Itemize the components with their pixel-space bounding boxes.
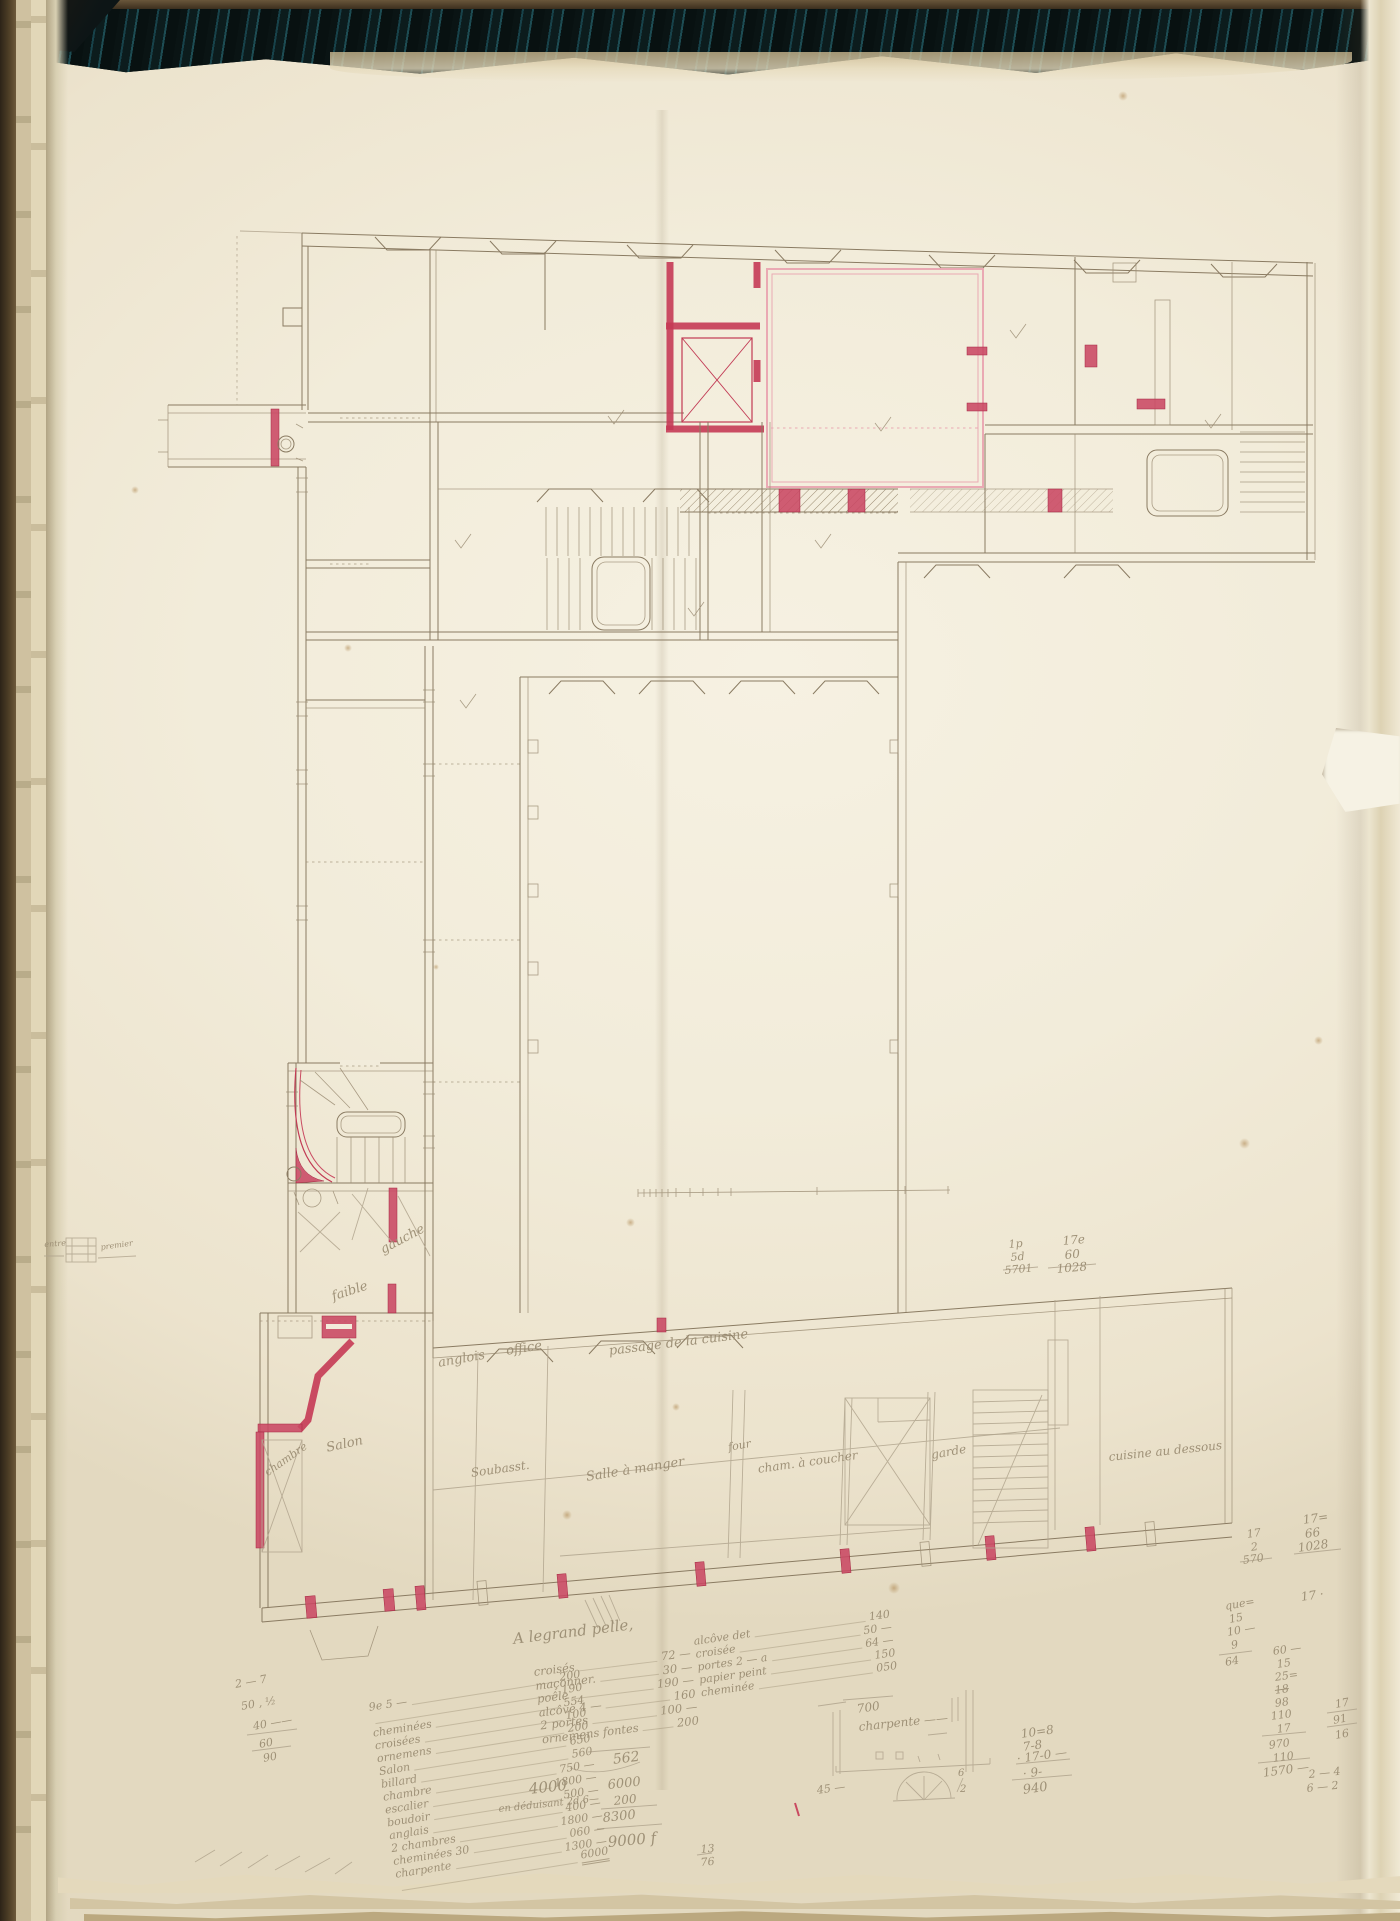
- sum-lines: [195, 1264, 1357, 1874]
- figure: 91: [1332, 1712, 1348, 1727]
- basement-wing: [433, 1288, 1232, 1600]
- fanlight-sketch: [893, 1772, 963, 1801]
- figure: 17: [1246, 1526, 1262, 1541]
- scale-bar: [638, 1186, 950, 1197]
- service-staircase: [287, 1063, 405, 1183]
- scanned-album-page: anglois office passage de la cuisine Sou…: [0, 0, 1400, 1921]
- door-swing-marks: [455, 324, 1221, 708]
- pink-outlined-room: [767, 269, 987, 487]
- figure: 76: [700, 1855, 715, 1869]
- hatched-party-wall: [680, 489, 1113, 512]
- center-list-total: 562: [612, 1749, 640, 1768]
- figure: 90: [262, 1750, 278, 1765]
- left-bay: [158, 236, 306, 467]
- figure: 1028: [1056, 1259, 1088, 1276]
- margin-note-left: entre: [44, 1238, 66, 1248]
- figure: 64: [1224, 1654, 1240, 1669]
- estimate-list-left: 9e 5 —200 190 cheminées554 croisées100 o…: [368, 1669, 610, 1895]
- figure: · 9-: [1022, 1764, 1043, 1781]
- street-facade-wall: [240, 231, 1313, 277]
- item-value: 200: [676, 1714, 699, 1730]
- secondary-staircase: [1147, 432, 1305, 516]
- figure: 5701: [1004, 1262, 1033, 1277]
- figure: 17: [1276, 1721, 1292, 1736]
- figure: 16: [1334, 1727, 1350, 1742]
- fan-figure-top: 6: [958, 1768, 964, 1779]
- floor-plan-drawing: [0, 0, 1400, 1921]
- sum-200: 200: [613, 1792, 637, 1808]
- red-light-shaft: [666, 262, 764, 430]
- courtyard: [433, 562, 950, 1313]
- leader-line: [643, 1727, 674, 1732]
- figure: 1p: [1008, 1237, 1023, 1251]
- main-staircase: [546, 507, 696, 630]
- figure: 17: [1334, 1696, 1350, 1711]
- figure: 60: [258, 1736, 274, 1751]
- figure: 17e: [1062, 1232, 1086, 1248]
- basement-stair: [973, 1390, 1048, 1548]
- fan-figure-bottom: 2: [960, 1784, 966, 1795]
